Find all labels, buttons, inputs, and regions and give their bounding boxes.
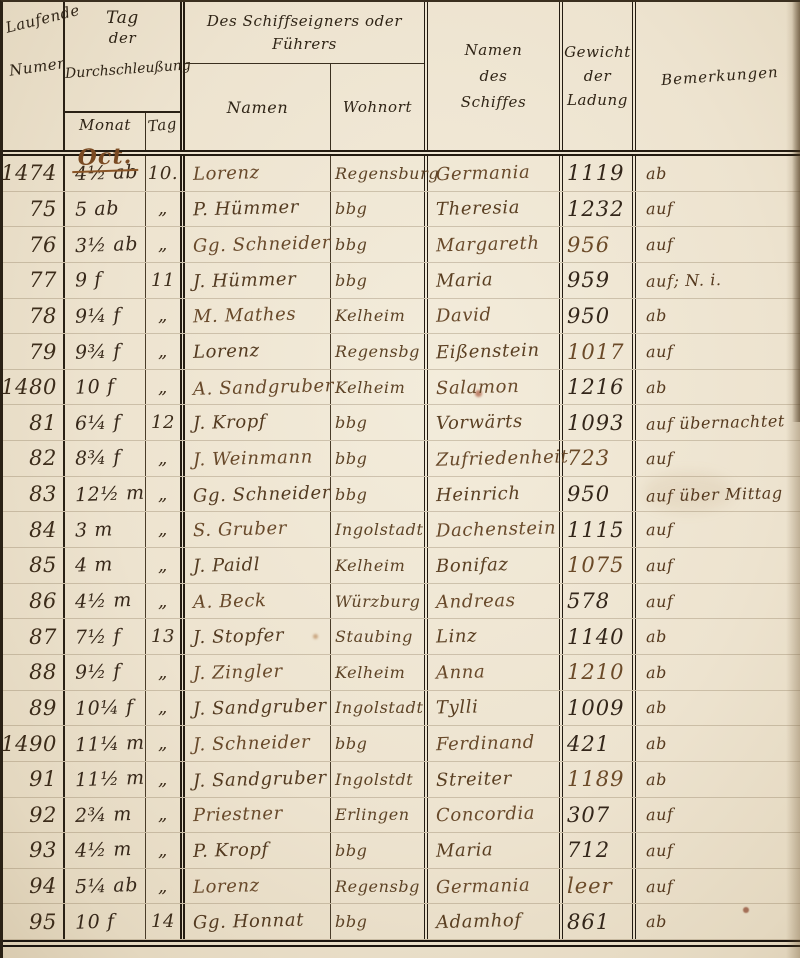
- cell-ship-name: Linz: [428, 619, 563, 654]
- cell-owner-name: M. Mathes: [185, 299, 331, 334]
- cell-ship-name: Maria: [428, 833, 563, 868]
- cell-running-number: 88: [3, 655, 65, 690]
- table-row: 88 9½ f „ J. Zingler Kelheim Anna 1210 a…: [3, 655, 800, 691]
- cell-owner-name: A. Beck: [185, 584, 331, 619]
- cell-ship-name: Anna: [428, 655, 563, 690]
- cell-time: 3½ ab: [65, 227, 146, 262]
- table-row: 85 4 m „ J. Paidl Kelheim Bonifaz 1075 a…: [3, 548, 800, 584]
- cell-wohnort: Kelheim: [331, 370, 428, 405]
- cell-ship-name: Andreas: [428, 584, 563, 619]
- header-col-ship: Namen des Schiffes: [428, 2, 563, 150]
- table-row: 1480 10 f „ A. Sandgruber Kelheim Salamo…: [3, 370, 800, 406]
- cell-day: „: [146, 655, 185, 690]
- cell-owner-name: Gg. Schneider: [185, 227, 331, 262]
- table-row: 82 8¾ f „ J. Weinmann bbg Zufriedenheit …: [3, 441, 800, 477]
- cell-wohnort: bbg: [331, 904, 428, 939]
- cell-time: 4½ m: [65, 833, 146, 868]
- cell-running-number: 92: [3, 798, 65, 833]
- cell-cargo-weight: leer: [563, 869, 636, 904]
- cell-cargo-weight: 1216: [563, 370, 636, 405]
- cell-time: 9¾ f: [65, 334, 146, 369]
- cell-ship-name: Theresia: [428, 192, 563, 227]
- table-row: 79 9¾ f „ Lorenz Regensbg Eißenstein 101…: [3, 334, 800, 370]
- cell-owner-name: P. Kropf: [185, 833, 331, 868]
- cell-day: „: [146, 798, 185, 833]
- cell-running-number: 89: [3, 691, 65, 726]
- cell-day: „: [146, 227, 185, 262]
- cell-owner-name: J. Kropf: [185, 405, 331, 440]
- table-row: 95 10 f 14 Gg. Honnat bbg Adamhof 861 ab: [3, 904, 800, 940]
- cell-time: 5¼ ab: [65, 869, 146, 904]
- cell-running-number: 83: [3, 477, 65, 512]
- cell-time: 4 m: [65, 548, 146, 583]
- cell-day: „: [146, 762, 185, 797]
- cell-remark: auf: [636, 192, 800, 227]
- cell-wohnort: Würzburg: [331, 584, 428, 619]
- cell-wohnort: bbg: [331, 227, 428, 262]
- cell-cargo-weight: 1140: [563, 619, 636, 654]
- cell-remark: auf übernachtet: [636, 405, 800, 440]
- cell-remark: auf: [636, 833, 800, 868]
- cell-running-number: 82: [3, 441, 65, 476]
- table-row: 81 6¼ f 12 J. Kropf bbg Vorwärts 1093 au…: [3, 405, 800, 441]
- cell-time: 10 f: [65, 904, 146, 939]
- cell-ship-name: Vorwärts: [428, 405, 563, 440]
- cell-running-number: 94: [3, 869, 65, 904]
- month-value: Oct.: [71, 143, 138, 173]
- cell-running-number: 93: [3, 833, 65, 868]
- cell-time: 12½ m: [65, 477, 146, 512]
- cell-ship-name: Germania: [428, 156, 563, 191]
- cell-ship-name: Germania: [428, 869, 563, 904]
- cell-owner-name: Gg. Schneider: [185, 477, 331, 512]
- cell-wohnort: Ingolstadt: [331, 691, 428, 726]
- header-col-remarks: Bemerkungen: [636, 2, 800, 150]
- table-row: 86 4½ m „ A. Beck Würzburg Andreas 578 a…: [3, 584, 800, 620]
- header-subcol-namen: Namen: [185, 64, 331, 150]
- cell-remark: ab: [636, 370, 800, 405]
- table-row: 84 3 m „ S. Gruber Ingolstadt Dachenstei…: [3, 512, 800, 548]
- table-row: 94 5¼ ab „ Lorenz Regensbg Germania leer…: [3, 869, 800, 905]
- table-row: 92 2¾ m „ Priestner Erlingen Concordia 3…: [3, 798, 800, 834]
- cell-remark: auf; N. i.: [636, 263, 800, 298]
- cell-owner-name: J. Hümmer: [185, 263, 331, 298]
- cell-remark: ab: [636, 726, 800, 761]
- cell-remark: ab: [636, 299, 800, 334]
- cell-day: 13: [146, 619, 185, 654]
- cell-wohnort: bbg: [331, 726, 428, 761]
- cell-remark: auf: [636, 512, 800, 547]
- cell-ship-name: Zufriedenheit: [428, 441, 563, 476]
- cell-running-number: 78: [3, 299, 65, 334]
- cell-time: 9½ f: [65, 655, 146, 690]
- cell-time: 10¼ f: [65, 691, 146, 726]
- cell-running-number: 75: [3, 192, 65, 227]
- cell-cargo-weight: 950: [563, 299, 636, 334]
- header-subcol-wohnort: Wohnort: [331, 64, 424, 150]
- header-col-date: Tag der Durchschleußung Monat Oct. Tag: [65, 2, 185, 150]
- cell-wohnort: Kelheim: [331, 299, 428, 334]
- cell-cargo-weight: 712: [563, 833, 636, 868]
- cell-owner-name: J. Sandgruber: [185, 691, 331, 726]
- cell-cargo-weight: 1009: [563, 691, 636, 726]
- cell-owner-name: J. Zingler: [185, 655, 331, 690]
- bottom-rule: [3, 940, 800, 958]
- cell-running-number: 77: [3, 263, 65, 298]
- cell-day: „: [146, 334, 185, 369]
- cell-day: „: [146, 548, 185, 583]
- cell-cargo-weight: 1017: [563, 334, 636, 369]
- table-row: 87 7½ f 13 J. Stopfer Staubing Linz 1140…: [3, 619, 800, 655]
- cell-day: „: [146, 192, 185, 227]
- cell-cargo-weight: 1075: [563, 548, 636, 583]
- cell-remark: auf: [636, 334, 800, 369]
- cell-wohnort: bbg: [331, 263, 428, 298]
- cell-ship-name: Dachenstein: [428, 512, 563, 547]
- cell-ship-name: Eißenstein: [428, 334, 563, 369]
- cell-wohnort: bbg: [331, 477, 428, 512]
- cell-remark: auf: [636, 584, 800, 619]
- cell-remark: auf: [636, 441, 800, 476]
- cell-running-number: 81: [3, 405, 65, 440]
- cell-remark: auf: [636, 798, 800, 833]
- cell-ship-name: Heinrich: [428, 477, 563, 512]
- cell-cargo-weight: 950: [563, 477, 636, 512]
- cell-remark: ab: [636, 904, 800, 939]
- cell-time: 4½ m: [65, 584, 146, 619]
- cell-wohnort: Ingolstadt: [331, 512, 428, 547]
- header-col-owner: Des Schiffseigners oder Führers Namen Wo…: [185, 2, 428, 150]
- table-row: 77 9 f 11 J. Hümmer bbg Maria 959 auf; N…: [3, 263, 800, 299]
- cell-cargo-weight: 1189: [563, 762, 636, 797]
- cell-remark: auf: [636, 869, 800, 904]
- cell-time: 8¾ f: [65, 441, 146, 476]
- cell-cargo-weight: 578: [563, 584, 636, 619]
- cell-day: 14: [146, 904, 185, 939]
- table-row: 1490 11¼ m „ J. Schneider bbg Ferdinand …: [3, 726, 800, 762]
- cell-running-number: 1480: [3, 370, 65, 405]
- cell-wohnort: bbg: [331, 833, 428, 868]
- header-col-weight: Gewicht der Ladung: [563, 2, 636, 150]
- cell-day: „: [146, 512, 185, 547]
- cell-running-number: 79: [3, 334, 65, 369]
- cell-owner-name: J. Schneider: [185, 726, 331, 761]
- header-owner-line2: Führers: [272, 35, 337, 53]
- cell-ship-name: Streiter: [428, 762, 563, 797]
- cell-cargo-weight: 723: [563, 441, 636, 476]
- cell-wohnort: Staubing: [331, 619, 428, 654]
- cell-time: 10 f: [65, 370, 146, 405]
- cell-wohnort: bbg: [331, 441, 428, 476]
- cell-cargo-weight: 1119: [563, 156, 636, 191]
- table-row: 76 3½ ab „ Gg. Schneider bbg Margareth 9…: [3, 227, 800, 263]
- cell-wohnort: Regensbg: [331, 869, 428, 904]
- cell-remark: ab: [636, 619, 800, 654]
- cell-remark: ab: [636, 691, 800, 726]
- cell-wohnort: Erlingen: [331, 798, 428, 833]
- cell-owner-name: J. Weinmann: [185, 441, 331, 476]
- header-subcol-tag: Tag: [144, 111, 182, 151]
- cell-day: „: [146, 441, 185, 476]
- cell-day: „: [146, 299, 185, 334]
- cell-owner-name: J. Stopfer: [185, 619, 331, 654]
- cell-owner-name: Lorenz: [185, 156, 331, 191]
- cell-day: „: [146, 691, 185, 726]
- cell-remark: auf: [636, 548, 800, 583]
- table-row: 89 10¼ f „ J. Sandgruber Ingolstadt Tyll…: [3, 691, 800, 727]
- cell-time: 7½ f: [65, 619, 146, 654]
- cell-remark: auf über Mittag: [636, 477, 800, 512]
- cell-time: 9¼ f: [65, 299, 146, 334]
- cell-ship-name: Tylli: [428, 691, 563, 726]
- cell-wohnort: Regensburg: [331, 156, 428, 191]
- cell-time: 11¼ m: [65, 726, 146, 761]
- cell-running-number: 95: [3, 904, 65, 939]
- table-header: Laufende Numer Tag der Durchschleußung M…: [3, 2, 800, 156]
- cell-wohnort: Kelheim: [331, 548, 428, 583]
- cell-running-number: 91: [3, 762, 65, 797]
- cell-time: 6¼ f: [65, 405, 146, 440]
- cell-time: 5 ab: [65, 192, 146, 227]
- cell-ship-name: Concordia: [428, 798, 563, 833]
- header-owner-line1: Des Schiffseigners oder: [207, 12, 402, 30]
- cell-day: 11: [146, 263, 185, 298]
- cell-ship-name: Ferdinand: [428, 726, 563, 761]
- header-number-line2: Numer: [8, 54, 64, 79]
- cell-day: 12: [146, 405, 185, 440]
- cell-remark: auf: [636, 227, 800, 262]
- cell-owner-name: Priestner: [185, 798, 331, 833]
- cell-ship-name: David: [428, 299, 563, 334]
- table-body: 1474 4½ ab 10. Lorenz Regensburg Germani…: [3, 156, 800, 940]
- cell-owner-name: J. Sandgruber: [185, 762, 331, 797]
- cell-day: 10.: [146, 156, 185, 191]
- table-row: 78 9¼ f „ M. Mathes Kelheim David 950 ab: [3, 299, 800, 335]
- header-subcol-monat: Monat Oct.: [65, 113, 146, 150]
- header-col-number: Laufende Numer: [3, 2, 65, 150]
- cell-owner-name: Lorenz: [185, 334, 331, 369]
- cell-owner-name: Gg. Honnat: [185, 904, 331, 939]
- cell-wohnort: Ingolstdt: [331, 762, 428, 797]
- cell-day: „: [146, 584, 185, 619]
- cell-owner-name: J. Paidl: [185, 548, 331, 583]
- cell-owner-name: Lorenz: [185, 869, 331, 904]
- cell-owner-name: P. Hümmer: [185, 192, 331, 227]
- cell-remark: ab: [636, 762, 800, 797]
- cell-cargo-weight: 1210: [563, 655, 636, 690]
- cell-running-number: 85: [3, 548, 65, 583]
- cell-cargo-weight: 1115: [563, 512, 636, 547]
- cell-ship-name: Adamhof: [428, 904, 563, 939]
- cell-time: 2¾ m: [65, 798, 146, 833]
- table-row: 93 4½ m „ P. Kropf bbg Maria 712 auf: [3, 833, 800, 869]
- cell-ship-name: Margareth: [428, 227, 563, 262]
- cell-ship-name: Maria: [428, 263, 563, 298]
- cell-time: 11½ m: [65, 762, 146, 797]
- cell-wohnort: bbg: [331, 192, 428, 227]
- ledger-page: Laufende Numer Tag der Durchschleußung M…: [0, 0, 800, 958]
- cell-running-number: 76: [3, 227, 65, 262]
- cell-remark: ab: [636, 156, 800, 191]
- cell-time: 3 m: [65, 512, 146, 547]
- cell-owner-name: A. Sandgruber: [185, 370, 331, 405]
- cell-ship-name: Salamon: [428, 370, 563, 405]
- cell-owner-name: S. Gruber: [185, 512, 331, 547]
- header-date-word1: Tag: [106, 8, 139, 28]
- cell-remark: ab: [636, 655, 800, 690]
- cell-wohnort: Kelheim: [331, 655, 428, 690]
- cell-cargo-weight: 421: [563, 726, 636, 761]
- header-date-word2: der: [109, 29, 136, 47]
- cell-running-number: 84: [3, 512, 65, 547]
- cell-wohnort: Regensbg: [331, 334, 428, 369]
- cell-day: „: [146, 726, 185, 761]
- cell-running-number: 87: [3, 619, 65, 654]
- cell-day: „: [146, 833, 185, 868]
- cell-cargo-weight: 956: [563, 227, 636, 262]
- cell-ship-name: Bonifaz: [428, 548, 563, 583]
- cell-running-number: 86: [3, 584, 65, 619]
- cell-running-number: 1474: [3, 156, 65, 191]
- cell-day: „: [146, 370, 185, 405]
- cell-time: 9 f: [65, 263, 146, 298]
- header-number-line1: Laufende: [4, 5, 65, 36]
- header-date-word3: Durchschleußung: [65, 58, 181, 83]
- cell-running-number: 1490: [3, 726, 65, 761]
- cell-cargo-weight: 1093: [563, 405, 636, 440]
- cell-cargo-weight: 307: [563, 798, 636, 833]
- cell-cargo-weight: 959: [563, 263, 636, 298]
- cell-cargo-weight: 1232: [563, 192, 636, 227]
- table-row: 83 12½ m „ Gg. Schneider bbg Heinrich 95…: [3, 477, 800, 513]
- table-row: 75 5 ab „ P. Hümmer bbg Theresia 1232 au…: [3, 192, 800, 228]
- cell-day: „: [146, 477, 185, 512]
- cell-day: „: [146, 869, 185, 904]
- table-row: 91 11½ m „ J. Sandgruber Ingolstdt Strei…: [3, 762, 800, 798]
- cell-cargo-weight: 861: [563, 904, 636, 939]
- cell-wohnort: bbg: [331, 405, 428, 440]
